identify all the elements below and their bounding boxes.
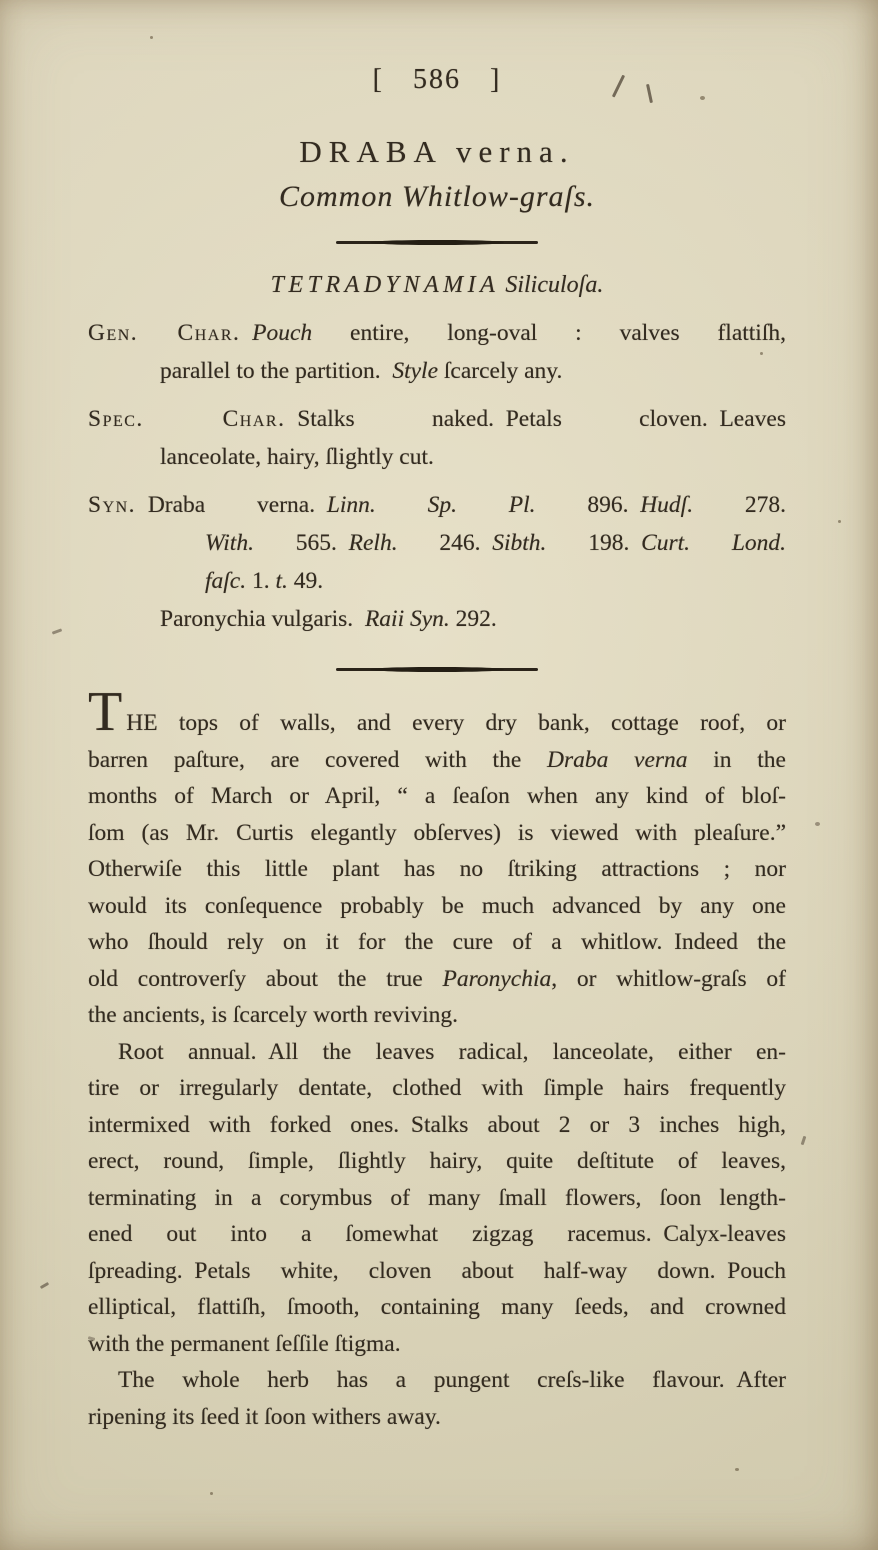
text-line: terminating in a corymbus of many ſmall … [88, 1180, 786, 1217]
text-line: with the permanent ſeſſile ſtigma. [88, 1326, 786, 1363]
text-line: With. 565. Relh. 246. Sibth. 198. Curt. … [88, 524, 786, 562]
text-line: Syn. Draba verna. Linn. Sp. Pl. 896. Hud… [88, 486, 786, 524]
text-line: Otherwiſe this little plant has no ſtrik… [88, 851, 786, 888]
divider-rule-bottom [336, 668, 538, 671]
text-line: Root annual. All the leaves radical, lan… [88, 1034, 786, 1071]
page-number: [ 586 ] [88, 64, 786, 96]
text-line: barren paſture, are covered with the Dra… [88, 742, 786, 779]
paper-speck [150, 36, 153, 39]
text-line: Spec. Char. Stalks naked. Petals cloven.… [88, 400, 786, 438]
text-line: Gen. Char. Pouch entire, long-oval : val… [88, 314, 786, 352]
text-line: TETRADYNAMIA Siliculoſa. [88, 266, 786, 304]
synonyms-section: Syn. Draba verna. Linn. Sp. Pl. 896. Hud… [88, 486, 786, 638]
paper-speck [760, 352, 763, 355]
text-line: The whole herb has a pungent creſs-like … [88, 1362, 786, 1399]
text-line: ripening its ſeed it ſoon withers away. [88, 1399, 786, 1436]
body-paragraph-1: THE tops of walls, and every dry bank, c… [88, 705, 786, 1034]
text-line: intermixed with forked ones. Stalks abou… [88, 1107, 786, 1144]
text-line: Paronychia vulgaris. Raii Syn. 292. [88, 600, 786, 638]
paper-speck [210, 1492, 213, 1495]
text-line: tire or irregularly dentate, clothed wit… [88, 1070, 786, 1107]
text-line: old controverſy about the true Paronychi… [88, 961, 786, 998]
species-title: DRABA verna. [88, 134, 786, 170]
ink-mark [52, 628, 62, 634]
text-line: THE tops of walls, and every dry bank, c… [88, 705, 786, 742]
paper-speck [420, 1412, 423, 1415]
ink-mark [40, 1282, 49, 1289]
text-line: ſom (as Mr. Curtis elegantly obſerves) i… [88, 815, 786, 852]
text-line: ened out into a ſomewhat zigzag racemus.… [88, 1216, 786, 1253]
text-line: elliptical, flattiſh, ſmooth, containing… [88, 1289, 786, 1326]
ink-mark [801, 1136, 807, 1145]
paper-speck [735, 1468, 739, 1471]
body-paragraph-3: The whole herb has a pungent creſs-like … [88, 1362, 786, 1435]
body-paragraph-2: Root annual. All the leaves radical, lan… [88, 1034, 786, 1363]
text-line: lanceolate, hairy, ſlightly cut. [88, 438, 786, 476]
text-line: erect, round, ſimple, ſlightly hairy, qu… [88, 1143, 786, 1180]
specific-character-section: Spec. Char. Stalks naked. Petals cloven.… [88, 400, 786, 476]
text-line: parallel to the partition. Style ſcarcel… [88, 352, 786, 390]
paper-speck [838, 520, 841, 523]
text-line: months of March or April, “ a ſeaſon whe… [88, 778, 786, 815]
text-line: faſc. 1. t. 49. [88, 562, 786, 600]
generic-character-section: Gen. Char. Pouch entire, long-oval : val… [88, 314, 786, 390]
divider-rule-top [336, 241, 538, 244]
text-line: the ancients, is ſcarcely worth reviving… [88, 997, 786, 1034]
text-line: would its conſequence probably be much a… [88, 888, 786, 925]
text-line: ſpreading. Petals white, cloven about ha… [88, 1253, 786, 1290]
ink-mark [815, 822, 820, 826]
classification-line: TETRADYNAMIA Siliculoſa. [88, 266, 786, 304]
paper-speck [96, 728, 98, 730]
common-name-title: Common Whitlow-graſs. [88, 180, 786, 214]
text-line: who ſhould rely on it for the cure of a … [88, 924, 786, 961]
book-page: [ 586 ] DRABA verna. Common Whitlow-graſ… [0, 0, 878, 1550]
paper-speck [700, 96, 705, 100]
